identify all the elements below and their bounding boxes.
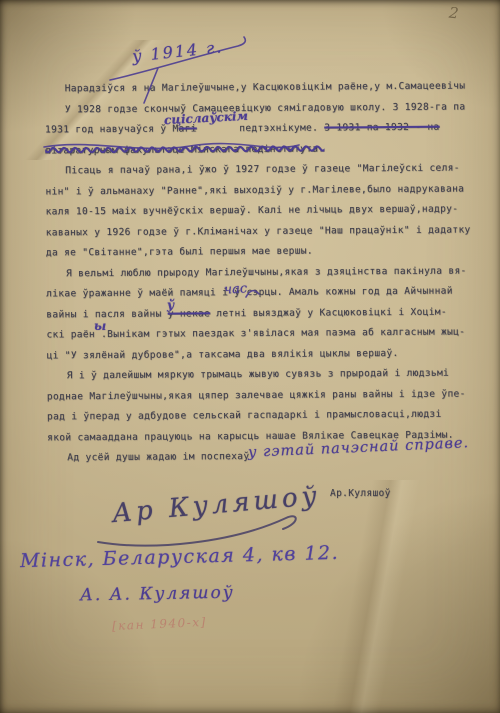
typed-line: лікае ўражанне ў маёй памяці і ў сэрцы. … bbox=[46, 281, 500, 305]
handwritten-correction-u: ў bbox=[167, 298, 174, 312]
scanned-document-page: 2 Нарадзіўся я на Магілеўшчыне,у Касцюко… bbox=[0, 0, 500, 713]
typed-line: Я і ў далейшым мяркую трымаць жывую сувя… bbox=[47, 363, 500, 387]
typed-text: рад і ўперад у адбудове сельскай гаспада… bbox=[47, 409, 442, 423]
typed-text: скі раён bbox=[46, 329, 95, 340]
typed-signature: Ар.Куляшоў bbox=[330, 488, 391, 499]
typed-line: каля 10-15 маіх вучнёўскіх вершаў. Калі … bbox=[46, 199, 500, 223]
typed-text: Я і ў далейшым мяркую трымаць жывую сувя… bbox=[67, 368, 449, 382]
typed-text-struck: літаратурным факультэце Мінскага педінст… bbox=[45, 143, 324, 156]
typed-line: скі раён .Вынікам гэтых паездак з'явілас… bbox=[46, 322, 500, 346]
typed-text: Ад усёй душы жадаю ім поспехаў bbox=[67, 451, 249, 463]
archival-pencil-note: [кан 1940-х] bbox=[112, 615, 207, 633]
typed-text: нін" і ў альманаху "Ранне",які выходзіў … bbox=[45, 183, 464, 197]
typed-text-block: Нарадзіўся я на Магілеўшчыне,у Касцюкові… bbox=[0, 76, 500, 469]
page-number: 2 bbox=[448, 4, 459, 23]
typed-line: 1931 год навучаўся ў Магі педтэхнікуме. … bbox=[45, 117, 499, 141]
typed-line: каваных у 1926 годзе ў г.Кліманічах у га… bbox=[46, 220, 500, 244]
typed-text: роднае Магілеўшчыны,якая цяпер залечвае … bbox=[47, 388, 466, 402]
typed-text: каля 10-15 маіх вучнёўскіх вершаў. Калі … bbox=[46, 204, 459, 218]
handwritten-correction-chas: час bbox=[224, 281, 248, 298]
typed-text-struck: З 1931 па 1932 - на bbox=[324, 122, 439, 134]
typed-text: ці "У зялёнай дуброве",а таксама два вял… bbox=[47, 347, 399, 360]
typed-text: летні bbox=[210, 307, 253, 318]
typed-text: педтэхнікуме. bbox=[239, 122, 324, 134]
paper-crease bbox=[240, 480, 500, 713]
typed-line: Нарадзіўся я на Магілеўшчыне,у Касцюкові… bbox=[45, 76, 499, 100]
handwritten-signature: Ар Куляшоў bbox=[111, 481, 322, 529]
typed-line: рад і ўперад у адбудове сельскай гаспада… bbox=[47, 404, 500, 428]
typed-text: У 1928 годзе скончыў Самацеевіцкую сяміг… bbox=[65, 101, 466, 115]
typed-text: лікае ўражанне ў маёй памяці і ў сэрцы. … bbox=[46, 286, 453, 300]
typed-line: Пісаць я пачаў рана,і ўжо ў 1927 годзе ў… bbox=[45, 158, 499, 182]
typed-text: Пісаць я пачаў рана,і ўжо ў 1927 годзе ў… bbox=[65, 163, 460, 177]
typed-text: 1931 год навучаўся ў М bbox=[45, 123, 179, 135]
handwritten-full-name: А. А. Куляшоў bbox=[80, 583, 235, 606]
typed-text: вайны і пасля вайны bbox=[46, 308, 167, 320]
typed-text: Нарадзіўся я на Магілеўшчыне,у Касцюкові… bbox=[65, 80, 466, 94]
typed-text: да яе "Світанне",гэта былі першыя мае ве… bbox=[46, 246, 313, 259]
handwritten-address: Мінск, Беларуская 4, кв 12. bbox=[20, 542, 340, 572]
handwritten-year-insert: ў 1914 г. bbox=[131, 37, 224, 65]
typed-text: Я вельмі люблю прыроду Магілеўшчыны,якая… bbox=[66, 265, 467, 279]
typed-text: выязджаў у Касцюковіцкі і Хоцім- bbox=[253, 306, 447, 318]
handwritten-correction-y: ы bbox=[94, 319, 106, 333]
typed-text: каваных у 1926 годзе ў г.Кліманічах у га… bbox=[46, 224, 471, 238]
typed-text: .Вынікам гэтых паездак з'явілася мая паэ… bbox=[101, 326, 465, 340]
